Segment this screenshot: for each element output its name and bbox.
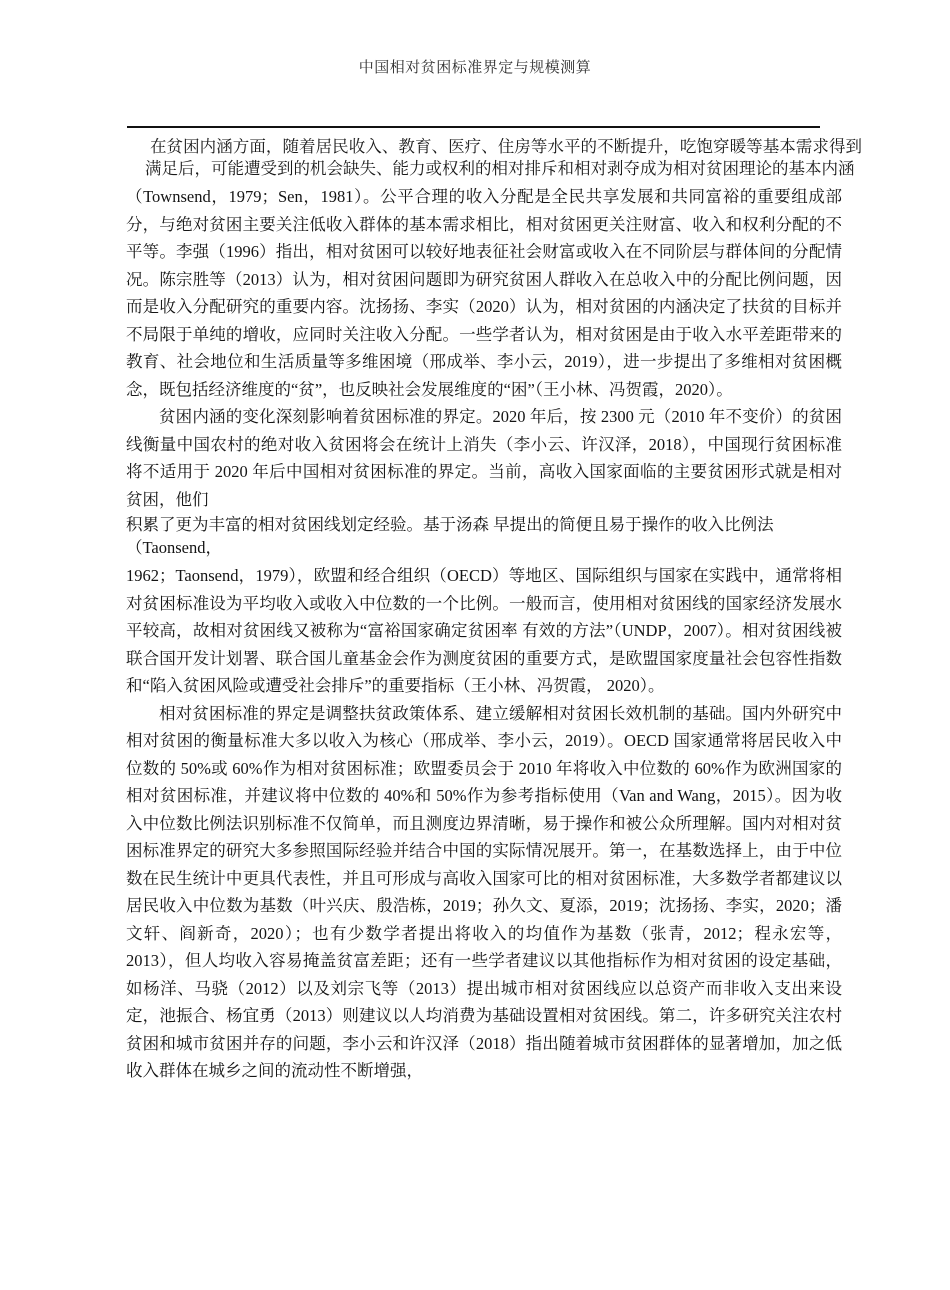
paragraph-standard-definition-research: 相对贫困标准的界定是调整扶贫政策体系、建立缓解相对贫困长效机制的基础。国内外研究…: [126, 700, 842, 1085]
paragraph-poverty-standard-change: 贫困内涵的变化深刻影响着贫困标准的界定。2020 年后，按 2300 元（201…: [126, 403, 842, 513]
header-divider-line: [127, 126, 820, 128]
running-header-title: 中国相对贫困标准界定与规模测算: [0, 56, 950, 77]
document-page: 中国相对贫困标准界定与规模测算 在贫困内涵方面，随着居民收入、教育、医疗、住房等…: [0, 0, 950, 1290]
paragraph-townsend-citation: （Townsend，1979；Sen，1981）。公平合理的收入分配是全民共享发…: [126, 183, 842, 403]
paragraph-taonsend-fragment-line: （Taonsend，: [126, 536, 842, 559]
paragraph-experience-line: 积累了更为丰富的相对贫困线划定经验。基于汤森 早提出的简便且易于操作的收入比例法: [126, 513, 842, 536]
excerpt-block: 在贫困内涵方面，随着居民收入、教育、医疗、住房等水平的不断提升，吃饱穿暖等基本需…: [145, 136, 862, 179]
paragraph-oecd-practice: 1962；Taonsend，1979），欧盟和经合组织（OECD）等地区、国际组…: [126, 562, 842, 700]
document-body: 在贫困内涵方面，随着居民收入、教育、医疗、住房等水平的不断提升，吃饱穿暖等基本需…: [126, 136, 842, 1085]
